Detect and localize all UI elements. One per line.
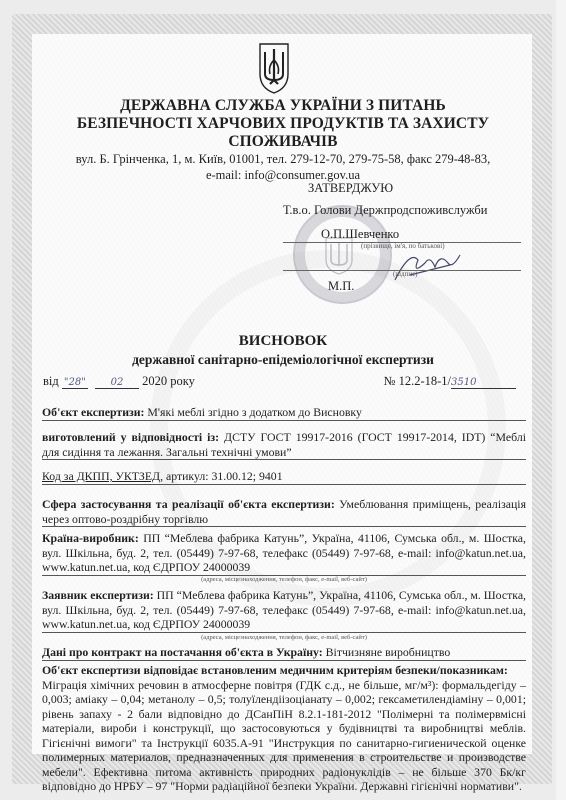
object-value: М'які меблі згідно з додатком до Висновк… [144, 405, 361, 419]
section-applicant: Заявник експертизи: ПП “Меблева фабрика … [42, 588, 526, 633]
section-contract: Дані про контракт на постачання об'єкта … [42, 645, 526, 661]
code-value: , артикул: 31.00.12; 9401 [160, 469, 283, 483]
number-handwritten: 3510 [451, 377, 516, 389]
contract-label: Дані про контракт на постачання об'єкта … [42, 645, 323, 659]
section-manufacturer: Країна-виробник: ПП “Меблева фабрика Кат… [42, 531, 526, 576]
document-number: № 12.2-18-1/3510 [384, 374, 516, 389]
criteria-label: Об'єкт експертизи відповідає встановлени… [42, 663, 508, 677]
applicant-caption: (адреса, місцезнаходження, телефон, факс… [42, 634, 526, 641]
date-number-line: від "28" 02 2020 року № 12.2-18-1/3510 [43, 374, 528, 389]
agency-email: e-mail: info@consumer.gov.ua [40, 167, 526, 183]
handwritten-signature [390, 245, 470, 285]
date-year: 2020 року [142, 374, 195, 388]
manufacturer-label: Країна-виробник: [42, 531, 139, 545]
scope-label: Сфера застосування та реалізації об'єкта… [42, 497, 335, 511]
section-standard: виготовлений у відповідності із: ДСТУ ГО… [42, 430, 526, 460]
seal-label: М.П. [328, 279, 354, 294]
code-label: Код за ДКПП, УКТЗЕД [42, 469, 160, 483]
contract-value: Вітчизняне виробництво [323, 645, 451, 659]
section-scope: Сфера застосування та реалізації об'єкта… [42, 497, 526, 527]
agency-name-line2: БЕЗПЕЧНОСТІ ХАРЧОВИХ ПРОДУКТІВ ТА ЗАХИСТ… [40, 115, 526, 151]
manufacturer-caption: (адреса, місцезнаходження, телефон, факс… [42, 576, 526, 583]
object-label: Об'єкт експертизи: [42, 405, 144, 419]
signature-caption: (підпис) [393, 270, 418, 278]
name-caption: (прізвище, ім'я, по батькові) [361, 242, 445, 250]
title-main: ВИСНОВОК [40, 332, 526, 351]
date-month: 02 [95, 377, 139, 389]
coat-of-arms-trident-icon [246, 40, 302, 96]
section-object: Об'єкт експертизи: М'які меблі згідно з … [42, 405, 526, 421]
date-prefix: від [43, 374, 59, 388]
section-code: Код за ДКПП, УКТЗЕД, артикул: 31.00.12; … [42, 469, 526, 485]
approver-name: О.П.Шевченко [321, 227, 399, 242]
applicant-label: Заявник експертизи: [42, 588, 154, 602]
agency-name-line1: ДЕРЖАВНА СЛУЖБА УКРАЇНИ З ПИТАНЬ [40, 97, 526, 115]
date-day: "28" [62, 377, 88, 389]
document-title: ВИСНОВОК державної санітарно-епідеміолог… [40, 332, 526, 369]
number-prefix: № 12.2-18-1/ [384, 374, 451, 388]
scan-edge [556, 0, 566, 800]
section-criteria: Об'єкт експертизи відповідає встановлени… [42, 663, 526, 794]
agency-address: вул. Б. Грінченка, 1, м. Київ, 01001, те… [40, 151, 526, 167]
approve-word: ЗАТВЕРДЖУЮ [308, 181, 393, 196]
standard-label: виготовлений у відповідності із: [42, 430, 219, 444]
criteria-value: Міграція хімічних речовин в атмосферне п… [42, 678, 526, 794]
approver-position: Т.в.о. Голови Держпродспоживслужби [283, 203, 487, 218]
title-sub: державної санітарно-епідеміологічної екс… [40, 351, 526, 369]
agency-header: ДЕРЖАВНА СЛУЖБА УКРАЇНИ З ПИТАНЬ БЕЗПЕЧН… [40, 97, 526, 183]
